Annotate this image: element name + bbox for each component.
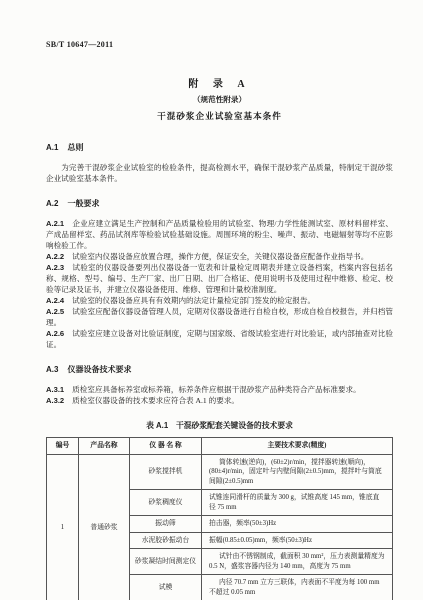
section-heading: A.3仪器设备技术要求 (46, 364, 393, 375)
standard-number: SB/T 10647—2011 (46, 40, 393, 49)
clause-number: A.2.5 (46, 307, 64, 316)
cell-technical-requirement: 试锥连同滑杆的质量为 300 g，试锥高度 145 mm，锥底直径 75 mm (202, 490, 393, 516)
cell-instrument-name: 试模 (130, 575, 202, 600)
table-row: 1普通砂浆砂浆搅拌机筒体转速(逆向)，(60±2)r/min，搅拌器转速(顺向)… (47, 454, 393, 490)
clause-number: A.2.6 (46, 329, 64, 338)
paragraph: A.2.1企业应建立满足生产控制和产品质量检验用的试验室、物理/力学性能测试室、… (46, 218, 393, 251)
clause-number: A.2.3 (46, 263, 64, 272)
clause-number: A.3.1 (46, 385, 64, 394)
section-heading: A.1总则 (46, 142, 393, 153)
table-caption: 表 A.1 干混砂浆配套关键设备的技术要求 (46, 420, 393, 431)
appendix-type: （规范性附录） (46, 94, 393, 105)
document-page: SB/T 10647—2011 附 录 A （规范性附录） 干混砂浆企业试验室基… (0, 0, 423, 600)
sections: A.1总则为完善干混砂浆企业试验室的检验条件，提高检测水平，确保干混砂浆产品质量… (46, 142, 393, 406)
paragraph: A.3.2质检室仪器设备的技术要求应符合表 A.1 的要求。 (46, 395, 393, 406)
paragraph: A.2.2试验室内仪器设备应放置合理，操作方便，保证安全，关键仪器设备应配备作业… (46, 251, 393, 262)
section-number: A.2 (46, 199, 58, 208)
cell-instrument-name: 砂浆稠度仪 (130, 490, 202, 516)
cell-technical-requirement: 拍击器，频率(50±3)Hz (202, 516, 393, 533)
cell-technical-requirement: 试针由不锈钢制成，截面积 30 mm²，压力表测量精度为 0.5 N，盛浆容器内… (202, 549, 393, 575)
paragraph: A.2.6试验室应建立设备对比验证制度，定期与国家级、省级试验室进行对比验证，或… (46, 328, 393, 350)
appendix-title-block: 附 录 A （规范性附录） 干混砂浆企业试验室基本条件 (46, 75, 393, 122)
appendix-title: 干混砂浆企业试验室基本条件 (46, 110, 393, 122)
cell-number: 1 (47, 454, 79, 600)
paragraph: A.2.5试验室应配备仪器设备管理人员，定期对仪器设备进行自检自校，形成自检自校… (46, 306, 393, 328)
table-header-cell: 编号 (47, 438, 79, 455)
appendix-label: 附 录 A (46, 75, 393, 90)
cell-technical-requirement: 振幅(0.85±0.05)mm，频率(50±3)Hz (202, 532, 393, 549)
clause-number: A.3.2 (46, 396, 64, 405)
cell-technical-requirement: 内径 70.7 mm 立方三联体，内表面不平度为每 100 mm 不超过 0.0… (202, 575, 393, 600)
cell-instrument-name: 砂浆凝结时间测定仪 (130, 549, 202, 575)
clause-number: A.2.2 (46, 252, 64, 261)
cell-technical-requirement: 筒体转速(逆向)，(60±2)r/min，搅拌器转速(顺向)，(80±4)r/m… (202, 454, 393, 490)
paragraph: A.2.4试验室的仪器设备应具有有效期内的法定计量检定部门签发的检定报告。 (46, 295, 393, 306)
table-header-cell: 产品名称 (79, 438, 130, 455)
table-header-cell: 主要技术要求(精度) (202, 438, 393, 455)
cell-instrument-name: 砂浆搅拌机 (130, 454, 202, 490)
equipment-table: 编号产品名称仪 器 名 称主要技术要求(精度) 1普通砂浆砂浆搅拌机筒体转速(逆… (46, 437, 393, 600)
section-number: A.3 (46, 365, 58, 374)
cell-instrument-name: 振动筛 (130, 516, 202, 533)
cell-product-name: 普通砂浆 (79, 454, 130, 600)
table-header-row: 编号产品名称仪 器 名 称主要技术要求(精度) (47, 438, 393, 455)
section-number: A.1 (46, 143, 58, 152)
cell-instrument-name: 水泥胶砂振动台 (130, 532, 202, 549)
clause-number: A.2.1 (46, 219, 64, 228)
paragraph: A.2.3试验室的仪器设备要列出仪器设备一览表和计量检定周期表并建立设备档案，档… (46, 262, 393, 295)
paragraph: 为完善干混砂浆企业试验室的检验条件，提高检测水平，确保干混砂浆产品质量，特制定干… (46, 162, 393, 184)
paragraph: A.3.1质检室应具备标养室或标养箱，标养条件应根据干混砂浆产品种类符合产品标准… (46, 384, 393, 395)
table-header-cell: 仪 器 名 称 (130, 438, 202, 455)
clause-number: A.2.4 (46, 296, 64, 305)
section-heading: A.2一般要求 (46, 198, 393, 209)
